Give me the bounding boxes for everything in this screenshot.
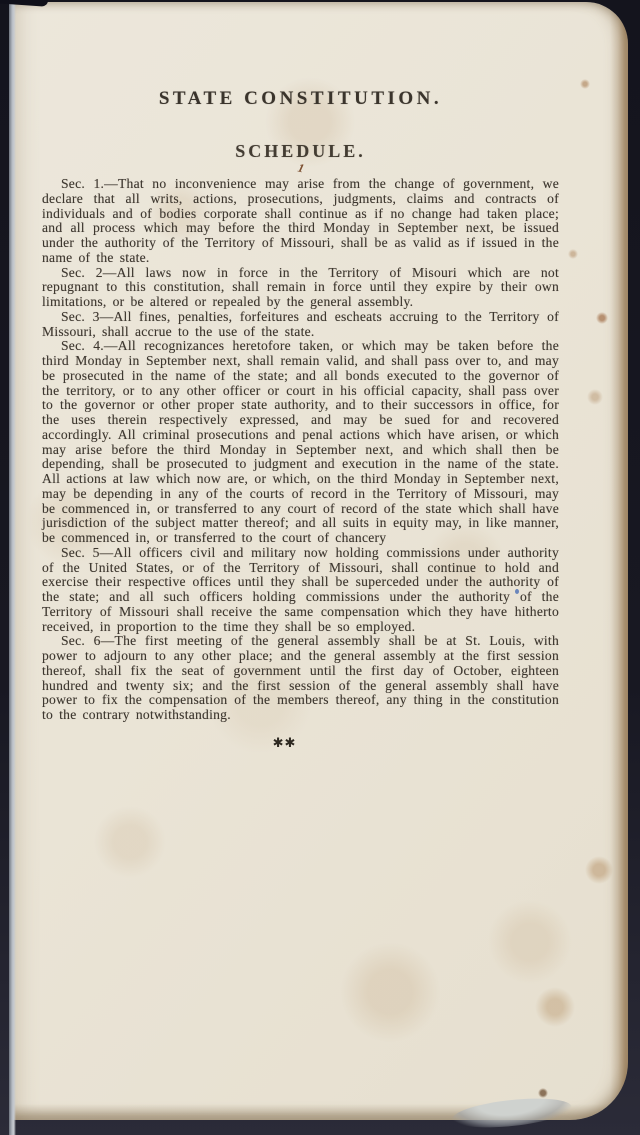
binding-gutter-edge — [9, 0, 16, 1135]
section-text-block: Sec. 1.—That no inconvenience may arise … — [42, 177, 559, 723]
stray-ink-mark: 1 — [295, 162, 305, 174]
section-4-paragraph: Sec. 4.—All recognizances heretofore tak… — [42, 339, 559, 546]
section-2-paragraph: Sec. 2—All laws now in force in the Terr… — [42, 266, 559, 310]
printed-content: STATE CONSTITUTION. SCHEDULE. 1 Sec. 1.—… — [42, 2, 559, 1112]
book-page-scan: STATE CONSTITUTION. SCHEDULE. 1 Sec. 1.—… — [0, 0, 640, 1135]
section-3-paragraph: Sec. 3—All fines, penalties, forfeitures… — [42, 310, 559, 340]
section-6-paragraph: Sec. 6—The first meeting of the general … — [42, 634, 559, 723]
section-1-paragraph: Sec. 1.—That no inconvenience may arise … — [42, 177, 559, 266]
section-5-paragraph: Sec. 5—All officers civil and military n… — [42, 546, 559, 635]
schedule-heading: SCHEDULE. — [42, 141, 559, 162]
asterisk-end-mark: ✱✱ — [26, 736, 543, 751]
page-title: STATE CONSTITUTION. — [42, 88, 559, 110]
